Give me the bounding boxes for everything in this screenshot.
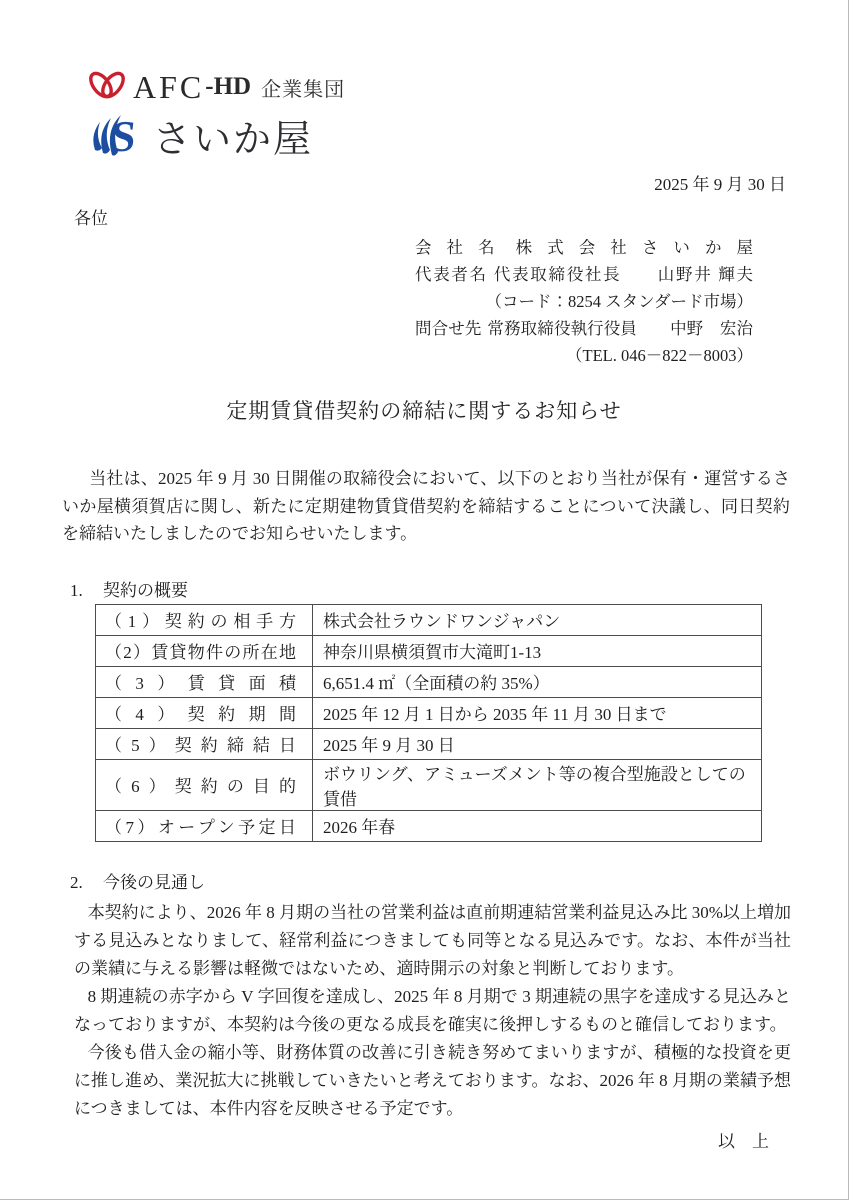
table-row: （6）契約の目的 ボウリング、アミューズメント等の複合型施設としての賃借 bbox=[96, 759, 762, 810]
representative-label: 代表者名 bbox=[415, 265, 488, 284]
afc-hd-text: -HD bbox=[205, 73, 251, 101]
outlook-paragraph: 8 期連続の赤字から V 字回復を達成し、2025 年 8 月期で 3 期連続の… bbox=[74, 983, 791, 1039]
table-row-value: 2025 年 12 月 1 日から 2035 年 11 月 30 日まで bbox=[313, 697, 762, 728]
table-row-value: 6,651.4 ㎡（全面積の約 35%） bbox=[313, 666, 762, 697]
afc-heart-icon bbox=[84, 65, 130, 109]
section-1-heading: 1.契約の概要 bbox=[70, 576, 848, 601]
table-row-label: （1）契約の相手方 bbox=[96, 604, 313, 635]
table-row-value: 神奈川県横須賀市大滝町1‐13 bbox=[313, 635, 762, 666]
stock-code-value: （コード：8254 スタンダード市場） bbox=[486, 292, 753, 311]
section-2-number: 2. bbox=[70, 873, 103, 893]
representative-row: 代表者名代表取締役社長 山野井 輝夫 bbox=[415, 261, 753, 288]
addressee: 各位 bbox=[0, 204, 848, 229]
table-row: （1）契約の相手方 株式会社ラウンドワンジャパン bbox=[96, 604, 762, 635]
afc-hd-logo: AFC -HD 企業集団 bbox=[84, 64, 848, 110]
table-row-value: 株式会社ラウンドワンジャパン bbox=[313, 604, 762, 635]
section-2-title: 今後の見通し bbox=[103, 873, 205, 892]
contact-value: 常務取締役執行役員 中野 宏治 bbox=[487, 319, 753, 338]
contact-label: 問合せ先 bbox=[415, 319, 481, 338]
table-row: （3）賃貸面積 6,651.4 ㎡（全面積の約 35%） bbox=[96, 666, 762, 697]
contact-row: 問合せ先常務取締役執行役員 中野 宏治 bbox=[415, 315, 753, 342]
table-row-label: （5）契約締結日 bbox=[96, 728, 313, 759]
stock-code-row: （コード：8254 スタンダード市場） bbox=[415, 288, 753, 315]
section-1-number: 1. bbox=[70, 581, 103, 601]
telephone-row: （TEL. 046－822－8003） bbox=[415, 342, 753, 369]
table-row-label: （2）賃貸物件の所在地 bbox=[96, 635, 313, 666]
outlook-paragraph: 本契約により、2026 年 8 月期の当社の営業利益は直前期連結営業利益見込み比… bbox=[74, 899, 791, 983]
outlook-section: 本契約により、2026 年 8 月期の当社の営業利益は直前期連結営業利益見込み比… bbox=[74, 899, 791, 1123]
table-row-label: （7）オープン予定日 bbox=[96, 810, 313, 841]
telephone-value: （TEL. 046－822－8003） bbox=[566, 346, 753, 365]
saikaya-logo-text: さいか屋 bbox=[153, 108, 313, 163]
document-date: 2025 年 9 月 30 日 bbox=[0, 170, 848, 195]
contract-summary-table: （1）契約の相手方 株式会社ラウンドワンジャパン （2）賃貸物件の所在地 神奈川… bbox=[95, 604, 762, 842]
table-row: （5）契約締結日 2025 年 9 月 30 日 bbox=[96, 728, 762, 759]
table-row-value: ボウリング、アミューズメント等の複合型施設としての賃借 bbox=[313, 759, 762, 810]
table-row: （7）オープン予定日 2026 年春 bbox=[96, 810, 762, 841]
intro-paragraph: 当社は、2025 年 9 月 30 日開催の取締役会において、以下のとおり当社が… bbox=[62, 465, 790, 548]
company-info-block: 会社名株式会社さいか屋 代表者名代表取締役社長 山野井 輝夫 （コード：8254… bbox=[415, 234, 753, 369]
representative-value: 代表取締役社長 山野井 輝夫 bbox=[494, 265, 753, 284]
table-row: （2）賃貸物件の所在地 神奈川県横須賀市大滝町1‐13 bbox=[96, 635, 762, 666]
closing-mark: 以 上 bbox=[0, 1127, 848, 1152]
outlook-paragraph: 今後も借入金の縮小等、財務体質の改善に引き続き努めてまいりますが、積極的な投資を… bbox=[74, 1039, 791, 1123]
table-row-label: （6）契約の目的 bbox=[96, 759, 313, 810]
section-1-title: 契約の概要 bbox=[103, 581, 188, 600]
company-name-value: 株式会社さいか屋 bbox=[516, 238, 753, 257]
saikaya-swirl-icon: S bbox=[90, 109, 146, 161]
table-row-label: （4）契約期間 bbox=[96, 697, 313, 728]
document-title: 定期賃貸借契約の締結に関するお知らせ bbox=[0, 395, 848, 425]
afc-logo-text: AFC bbox=[133, 69, 204, 106]
company-name-label: 会社名 bbox=[415, 238, 510, 257]
table-row-label: （3）賃貸面積 bbox=[96, 666, 313, 697]
company-name-row: 会社名株式会社さいか屋 bbox=[415, 234, 753, 261]
afc-group-text: 企業集団 bbox=[261, 73, 345, 102]
logo-header: AFC -HD 企業集団 S さいか屋 bbox=[0, 0, 848, 162]
table-row: （4）契約期間 2025 年 12 月 1 日から 2035 年 11 月 30… bbox=[96, 697, 762, 728]
table-row-value: 2026 年春 bbox=[313, 810, 762, 841]
svg-text:S: S bbox=[109, 112, 139, 161]
saikaya-logo: S さいか屋 bbox=[90, 108, 848, 162]
section-2-heading: 2.今後の見通し bbox=[70, 868, 848, 893]
table-row-value: 2025 年 9 月 30 日 bbox=[313, 728, 762, 759]
press-release-page: AFC -HD 企業集団 S さいか屋 2025 年 9 月 30 日 各位 会… bbox=[0, 0, 849, 1200]
